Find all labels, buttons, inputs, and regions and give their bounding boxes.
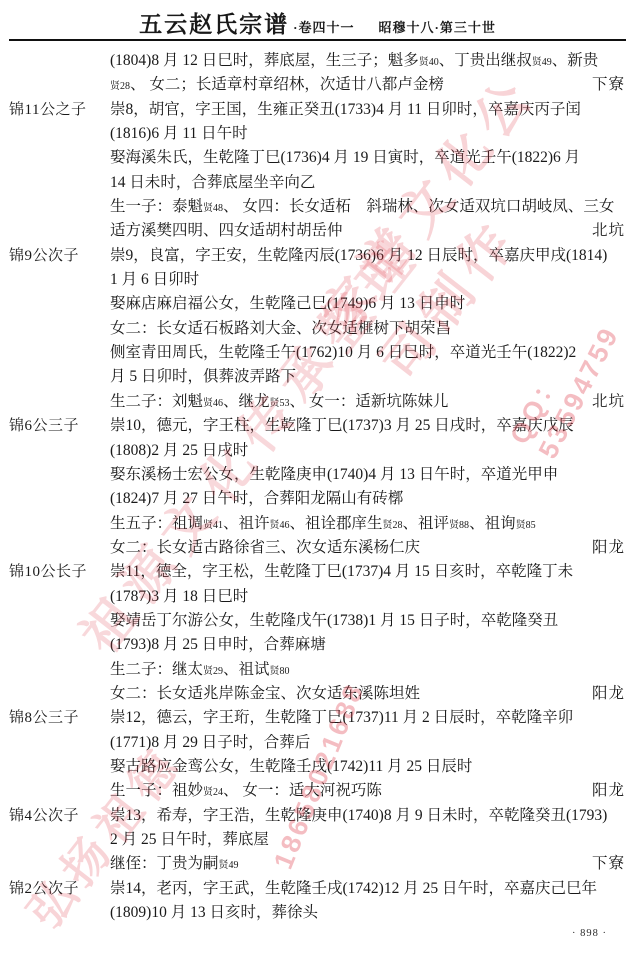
entry-line: 锦4公次子崇13，希寿，字王浩，生乾隆庚申(1740)8 月 9 日未时，卒乾隆… xyxy=(9,804,627,828)
entry-text: (1771)8 月 29 日子时，合葬后 xyxy=(110,734,310,751)
entry-line: (1816)6 月 11 日午时 xyxy=(9,122,627,146)
entry-text: 生二子：继太贤29、祖试贤80 xyxy=(110,661,290,678)
entry-text: 娶东溪杨士宏公女，生乾隆庚申(1740)4 月 13 日午时，卒道光甲申 xyxy=(110,466,558,483)
page-header: 五云赵氏宗谱 ·卷四十一 昭穆十八·第三十世 xyxy=(0,6,635,38)
entry-line: 娶麻店麻启福公女，生乾隆己巳(1749)6 月 13 日申时 xyxy=(9,292,627,316)
entry-text: (1808)2 月 25 日戌时 xyxy=(110,442,248,459)
entry-line: 2 月 25 日午时，葬底屋 xyxy=(9,828,627,852)
entry-text: 生一子：泰魁贤48、 女四：长女适柘 斜瑞林、次女适双坑口胡岐凤、三女 xyxy=(110,198,614,215)
entry-text: 生二子：刘魁贤46、继龙贤53、 女一：适新坑陈妹儿 xyxy=(110,393,448,410)
entry-text: 侧室青田周氏，生乾隆壬午(1762)10 月 6 日巳时，卒道光壬午(1822)… xyxy=(110,344,576,361)
entry-text: 崇8，胡官，字王国，生雍正癸丑(1733)4 月 11 日卯时，卒嘉庆丙子闰 xyxy=(110,101,581,118)
entry-line: 娶东溪杨士宏公女，生乾隆庚申(1740)4 月 13 日午时，卒道光甲申 xyxy=(9,463,627,487)
entry-line: (1809)10 月 13 日亥时，葬徐头 xyxy=(9,901,627,925)
entry-text: 崇14，老丙，字王武，生乾隆壬戌(1742)12 月 25 日午时，卒嘉庆己巳年 xyxy=(110,880,597,897)
entry-line: 生五子：祖调贤41、祖许贤46、祖诠郡庠生贤28、祖评贤88、祖询贤85 xyxy=(9,512,627,536)
entry-text: 娶麻店麻启福公女，生乾隆己巳(1749)6 月 13 日申时 xyxy=(110,295,465,312)
entry-text: (1809)10 月 13 日亥时，葬徐头 xyxy=(110,904,318,921)
generation-label: 锦10公长子 xyxy=(9,560,110,584)
residence-tag: 下寮 xyxy=(592,73,625,97)
entry-line: (1793)8 月 25 日申时，合葬麻塘 xyxy=(9,633,627,657)
entry-text: 女二：长女适古路徐省三、次女适东溪杨仁庆 xyxy=(110,539,420,556)
book-title: 五云赵氏宗谱 xyxy=(139,6,289,39)
entry-text: 贤28、 女二；长适章村章绍林，次适廿八都卢金榜 xyxy=(110,76,444,93)
generation-label: 锦9公次子 xyxy=(9,244,110,268)
entry-text: 女二：长女适兆岸陈金宝、次女适东溪陈坦姓 xyxy=(110,685,420,702)
entry-line: 锦6公三子崇10，德元，字王柱，生乾隆丁巳(1737)3 月 25 日戌时，卒嘉… xyxy=(9,414,627,438)
entry-text: 娶海溪朱氏，生乾隆丁巳(1736)4 月 19 日寅时，卒道光壬午(1822)6… xyxy=(110,149,580,166)
entry-text: 崇9，良富，字王安，生乾隆丙辰(1736)6 月 12 日辰时，卒嘉庆甲戌(18… xyxy=(110,247,607,264)
entry-text: 1 月 6 日卯时 xyxy=(110,271,199,288)
residence-tag: 北坑 xyxy=(592,219,625,243)
residence-tag: 阳龙 xyxy=(592,779,625,803)
page-number: · 898 · xyxy=(572,928,607,939)
entry-text: (1787)3 月 18 日巳时 xyxy=(110,588,248,605)
generation-label: 锦11公之子 xyxy=(9,98,110,122)
entry-text: 崇11，德全，字王松，生乾隆丁巳(1737)4 月 15 日亥时，卒乾隆丁未 xyxy=(110,563,573,580)
entry-line: (1824)7 月 27 日午时，合葬阳龙隔山有砖槨 xyxy=(9,487,627,511)
entry-line: 适方溪樊四明、四女适胡村胡岳仲北坑 xyxy=(9,219,627,243)
entry-text: 娶靖岳丁尔游公女，生乾隆戊午(1738)1 月 15 日子时，卒乾隆癸丑 xyxy=(110,612,558,629)
entry-text: (1816)6 月 11 日午时 xyxy=(110,125,248,142)
entry-line: 生二子：继太贤29、祖试贤80 xyxy=(9,658,627,682)
entry-line: 锦10公长子崇11，德全，字王松，生乾隆丁巳(1737)4 月 15 日亥时，卒… xyxy=(9,560,627,584)
entry-line: 锦2公次子崇14，老丙，字王武，生乾隆壬戌(1742)12 月 25 日午时，卒… xyxy=(9,877,627,901)
residence-tag: 阳龙 xyxy=(592,682,625,706)
rows: (1804)8 月 12 日巳时，葬底屋，生三子；魁多贤40、丁贵出继叔贤49、… xyxy=(9,49,627,925)
entry-text: 崇12，德云，字王珩，生乾隆丁巳(1737)11 月 2 日辰时，卒乾隆辛卯 xyxy=(110,709,573,726)
entry-line: 锦11公之子崇8，胡官，字王国，生雍正癸丑(1733)4 月 11 日卯时，卒嘉… xyxy=(9,98,627,122)
entry-text: (1793)8 月 25 日申时，合葬麻塘 xyxy=(110,636,326,653)
entry-line: 生一子：祖妙贤24、 女一：适大河祝巧陈阳龙 xyxy=(9,779,627,803)
entry-line: 娶靖岳丁尔游公女，生乾隆戊午(1738)1 月 15 日子时，卒乾隆癸丑 xyxy=(9,609,627,633)
entry-line: 1 月 6 日卯时 xyxy=(9,268,627,292)
entry-line: 锦8公三子崇12，德云，字王珩，生乾隆丁巳(1737)11 月 2 日辰时，卒乾… xyxy=(9,706,627,730)
entry-line: 贤28、 女二；长适章村章绍林，次适廿八都卢金榜下寮 xyxy=(9,73,627,97)
entry-line: (1771)8 月 29 日子时，合葬后 xyxy=(9,731,627,755)
entry-text: 崇13，希寿，字王浩，生乾隆庚申(1740)8 月 9 日未时，卒乾隆癸丑(17… xyxy=(110,807,607,824)
entry-line: 女二：长女适石板路刘大金、次女适榧树下胡荣昌 xyxy=(9,317,627,341)
entry-line: (1787)3 月 18 日巳时 xyxy=(9,585,627,609)
volume-label: ·卷四十一 xyxy=(293,17,354,36)
entry-text: 月 5 日卯时，俱葬波弄路下 xyxy=(110,368,296,385)
genealogy-page: 五云赵氏宗谱 ·卷四十一 昭穆十八·第三十世 (1804)8 月 12 日巳时，… xyxy=(0,0,635,968)
generation-label: 锦4公次子 xyxy=(9,804,110,828)
generation-label: 锦2公次子 xyxy=(9,877,110,901)
entry-text: 2 月 25 日午时，葬底屋 xyxy=(110,831,269,848)
entry-text: 女二：长女适石板路刘大金、次女适榧树下胡荣昌 xyxy=(110,320,451,337)
residence-tag: 北坑 xyxy=(592,390,625,414)
entry-line: 继侄：丁贵为嗣贤49下寮 xyxy=(9,852,627,876)
entry-text: (1824)7 月 27 日午时，合葬阳龙隔山有砖槨 xyxy=(110,490,403,507)
entry-line: 锦9公次子崇9，良富，字王安，生乾隆丙辰(1736)6 月 12 日辰时，卒嘉庆… xyxy=(9,244,627,268)
residence-tag: 阳龙 xyxy=(592,536,625,560)
entry-line: 月 5 日卯时，俱葬波弄路下 xyxy=(9,365,627,389)
generation-label: 锦6公三子 xyxy=(9,414,110,438)
entry-text: 生五子：祖调贤41、祖许贤46、祖诠郡庠生贤28、祖评贤88、祖询贤85 xyxy=(110,515,536,532)
entry-line: 娶古路应金鸾公女，生乾隆壬戌(1742)11 月 25 日辰时 xyxy=(9,755,627,779)
entry-line: 14 日未时，合葬底屋坐辛向乙 xyxy=(9,171,627,195)
entry-text: 崇10，德元，字王柱，生乾隆丁巳(1737)3 月 25 日戌时，卒嘉庆戊辰 xyxy=(110,417,574,434)
residence-tag: 下寮 xyxy=(592,852,625,876)
entry-text: (1804)8 月 12 日巳时，葬底屋，生三子；魁多贤40、丁贵出继叔贤49、… xyxy=(110,52,598,69)
entry-text: 14 日未时，合葬底屋坐辛向乙 xyxy=(110,174,315,191)
entry-text: 生一子：祖妙贤24、 女一：适大河祝巧陈 xyxy=(110,782,382,799)
entry-line: 侧室青田周氏，生乾隆壬午(1762)10 月 6 日巳时，卒道光壬午(1822)… xyxy=(9,341,627,365)
generation-heading: 昭穆十八·第三十世 xyxy=(379,17,496,36)
entry-line: 女二：长女适兆岸陈金宝、次女适东溪陈坦姓阳龙 xyxy=(9,682,627,706)
entry-text: 适方溪樊四明、四女适胡村胡岳仲 xyxy=(110,222,343,239)
entry-line: 女二：长女适古路徐省三、次女适东溪杨仁庆阳龙 xyxy=(9,536,627,560)
entry-text: 娶古路应金鸾公女，生乾隆壬戌(1742)11 月 25 日辰时 xyxy=(110,758,472,775)
header-divider xyxy=(9,39,626,41)
entry-line: (1808)2 月 25 日戌时 xyxy=(9,439,627,463)
entry-line: 生一子：泰魁贤48、 女四：长女适柘 斜瑞林、次女适双坑口胡岐凤、三女 xyxy=(9,195,627,219)
entry-line: (1804)8 月 12 日巳时，葬底屋，生三子；魁多贤40、丁贵出继叔贤49、… xyxy=(9,49,627,73)
generation-label: 锦8公三子 xyxy=(9,706,110,730)
entry-line: 娶海溪朱氏，生乾隆丁巳(1736)4 月 19 日寅时，卒道光壬午(1822)6… xyxy=(9,146,627,170)
entry-line: 生二子：刘魁贤46、继龙贤53、 女一：适新坑陈妹儿北坑 xyxy=(9,390,627,414)
entry-text: 继侄：丁贵为嗣贤49 xyxy=(110,855,239,872)
